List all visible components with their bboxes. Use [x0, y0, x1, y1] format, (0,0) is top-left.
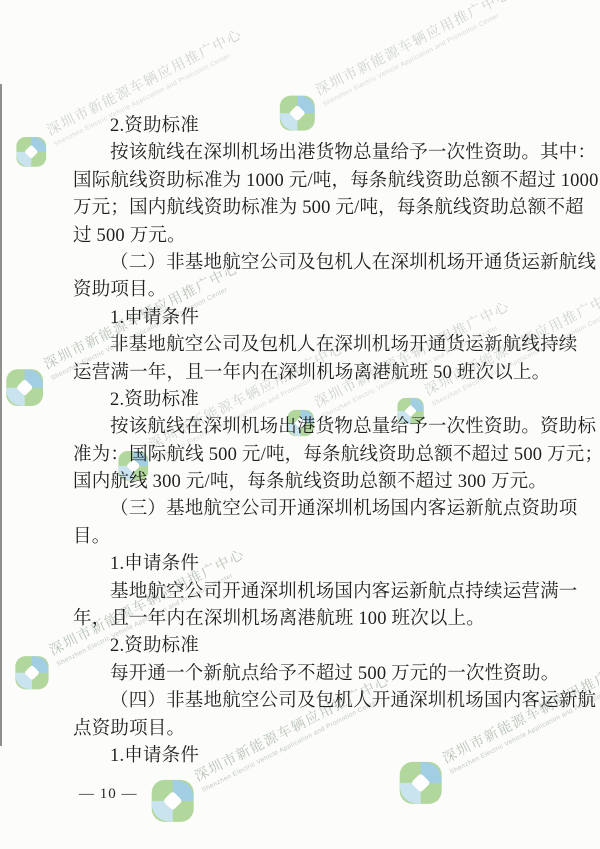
text-line: 2.资助标准: [73, 633, 543, 660]
text-line: 过 500 万元。: [73, 223, 543, 250]
text-line: 国内航线 300 元/吨，每条航线资助总额不超过 300 万元。: [73, 469, 543, 496]
text-line: 基地航空公司开通深圳机场国内客运新航点持续运营满一: [73, 579, 543, 606]
text-line: 目。: [73, 524, 543, 551]
text-line: 每开通一个新航点给予不超过 500 万元的一次性资助。: [73, 661, 543, 688]
text-line: （四）非基地航空公司及包机人开通深圳机场国内客运新航: [73, 688, 543, 715]
text-line: 按该航线在深圳机场出港货物总量给予一次性资助。其中：: [73, 140, 543, 167]
text-line: （三）基地航空公司开通深圳机场国内客运新航点资助项: [73, 496, 543, 523]
text-line: 2.资助标准: [73, 387, 543, 414]
text-line: 1.申请条件: [73, 551, 543, 578]
text-line: 资助项目。: [73, 277, 543, 304]
watermark-text: 深圳市新能源车辆应用推广中心Shenzhen Electric Vehicle …: [312, 0, 519, 108]
text-line: 按该航线在深圳机场出港货物总量给予一次性资助。资助标: [73, 414, 543, 441]
text-line: 2.资助标准: [73, 113, 543, 140]
scan-edge-artifact: [0, 84, 2, 746]
text-line: 国际航线资助标准为 1000 元/吨，每条航线资助总额不超过 1000: [73, 168, 543, 195]
text-line: 非基地航空公司及包机人在深圳机场开通货运新航线持续: [73, 332, 543, 359]
text-line: 1.申请条件: [73, 305, 543, 332]
watermark-text-zh: 深圳市新能源车辆应用推广中心: [312, 0, 514, 100]
text-line: 年，且一年内在深圳机场离港航班 100 班次以上。: [73, 606, 543, 633]
document-text: 2.资助标准按该航线在深圳机场出港货物总量给予一次性资助。其中：国际航线资助标准…: [73, 113, 543, 770]
watermark-logo-icon: [14, 135, 48, 169]
text-line: 1.申请条件: [73, 743, 543, 770]
watermark-logo-icon: [13, 654, 51, 692]
watermark-logo-icon: [149, 777, 197, 825]
text-line: 点资助项目。: [73, 716, 543, 743]
watermark-logo-icon: [4, 367, 46, 409]
page-number: — 10 —: [79, 786, 138, 803]
watermark-text-en: Shenzhen Electric Vehicle Application an…: [322, 3, 519, 108]
text-line: 万元；国内航线资助标准为 500 元/吨，每条航线资助总额不超: [73, 195, 543, 222]
document-page: 深圳市新能源车辆应用推广中心Shenzhen Electric Vehicle …: [0, 0, 600, 849]
text-line: 准为：国际航线 500 元/吨，每条航线资助总额不超过 500 万元；: [73, 442, 543, 469]
text-line: 运营满一年，且一年内在深圳机场离港航班 50 班次以上。: [73, 360, 543, 387]
text-line: （二）非基地航空公司及包机人在深圳机场开通货运新航线: [73, 250, 543, 277]
